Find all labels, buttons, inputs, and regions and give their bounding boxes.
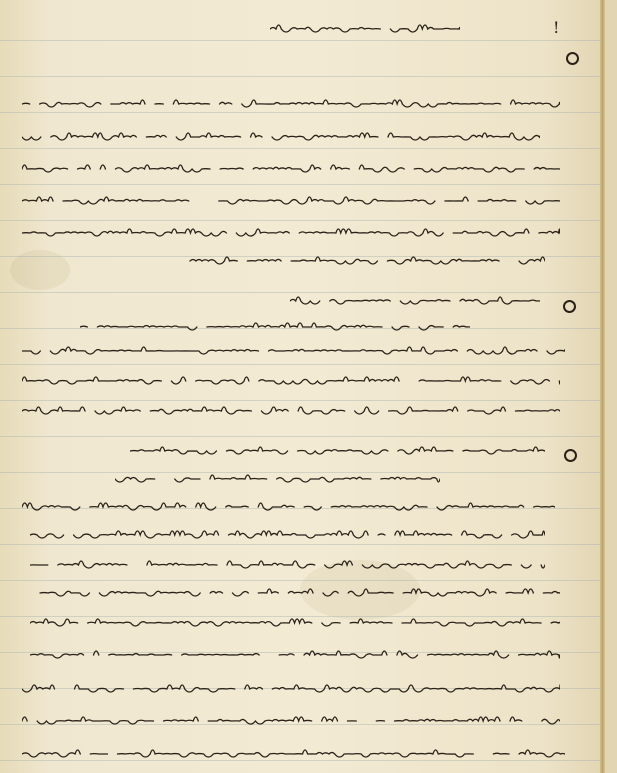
manuscript-page: ! <box>0 0 617 773</box>
ruled-line <box>0 184 600 185</box>
bullet-icon <box>564 449 577 462</box>
ruled-line <box>0 580 600 581</box>
handwritten-line <box>22 712 560 728</box>
ruled-line <box>0 400 600 401</box>
handwritten-line <box>80 318 470 334</box>
ruled-line <box>0 220 600 221</box>
page-edge <box>605 0 617 773</box>
handwritten-line <box>270 20 460 36</box>
handwritten-line <box>22 95 560 111</box>
handwritten-line <box>22 342 565 358</box>
exclamation-mark: ! <box>553 20 559 36</box>
handwritten-line <box>30 646 560 662</box>
ruled-line <box>0 364 600 365</box>
binding-spine <box>600 0 605 773</box>
handwritten-line <box>30 584 560 600</box>
ruled-line <box>0 148 600 149</box>
handwritten-line <box>30 556 545 572</box>
handwritten-line <box>22 192 560 208</box>
bullet-icon <box>566 52 579 65</box>
handwritten-line <box>30 614 560 630</box>
bullet-icon <box>563 300 576 313</box>
handwritten-line <box>290 292 540 308</box>
ruled-line <box>0 40 600 41</box>
ruled-line <box>0 436 600 437</box>
handwritten-line <box>22 745 565 761</box>
handwritten-line <box>115 470 440 486</box>
handwritten-line <box>22 680 560 696</box>
handwritten-line <box>22 160 560 176</box>
ruled-line <box>0 544 600 545</box>
ruled-line <box>0 76 600 77</box>
handwritten-line <box>22 224 560 240</box>
handwritten-line <box>30 526 545 542</box>
handwritten-line <box>22 372 560 388</box>
ruled-line <box>0 112 600 113</box>
handwritten-line <box>22 402 560 418</box>
handwritten-line <box>130 442 545 458</box>
handwritten-line <box>22 128 540 144</box>
handwritten-line <box>22 498 555 514</box>
handwritten-line <box>180 252 545 268</box>
